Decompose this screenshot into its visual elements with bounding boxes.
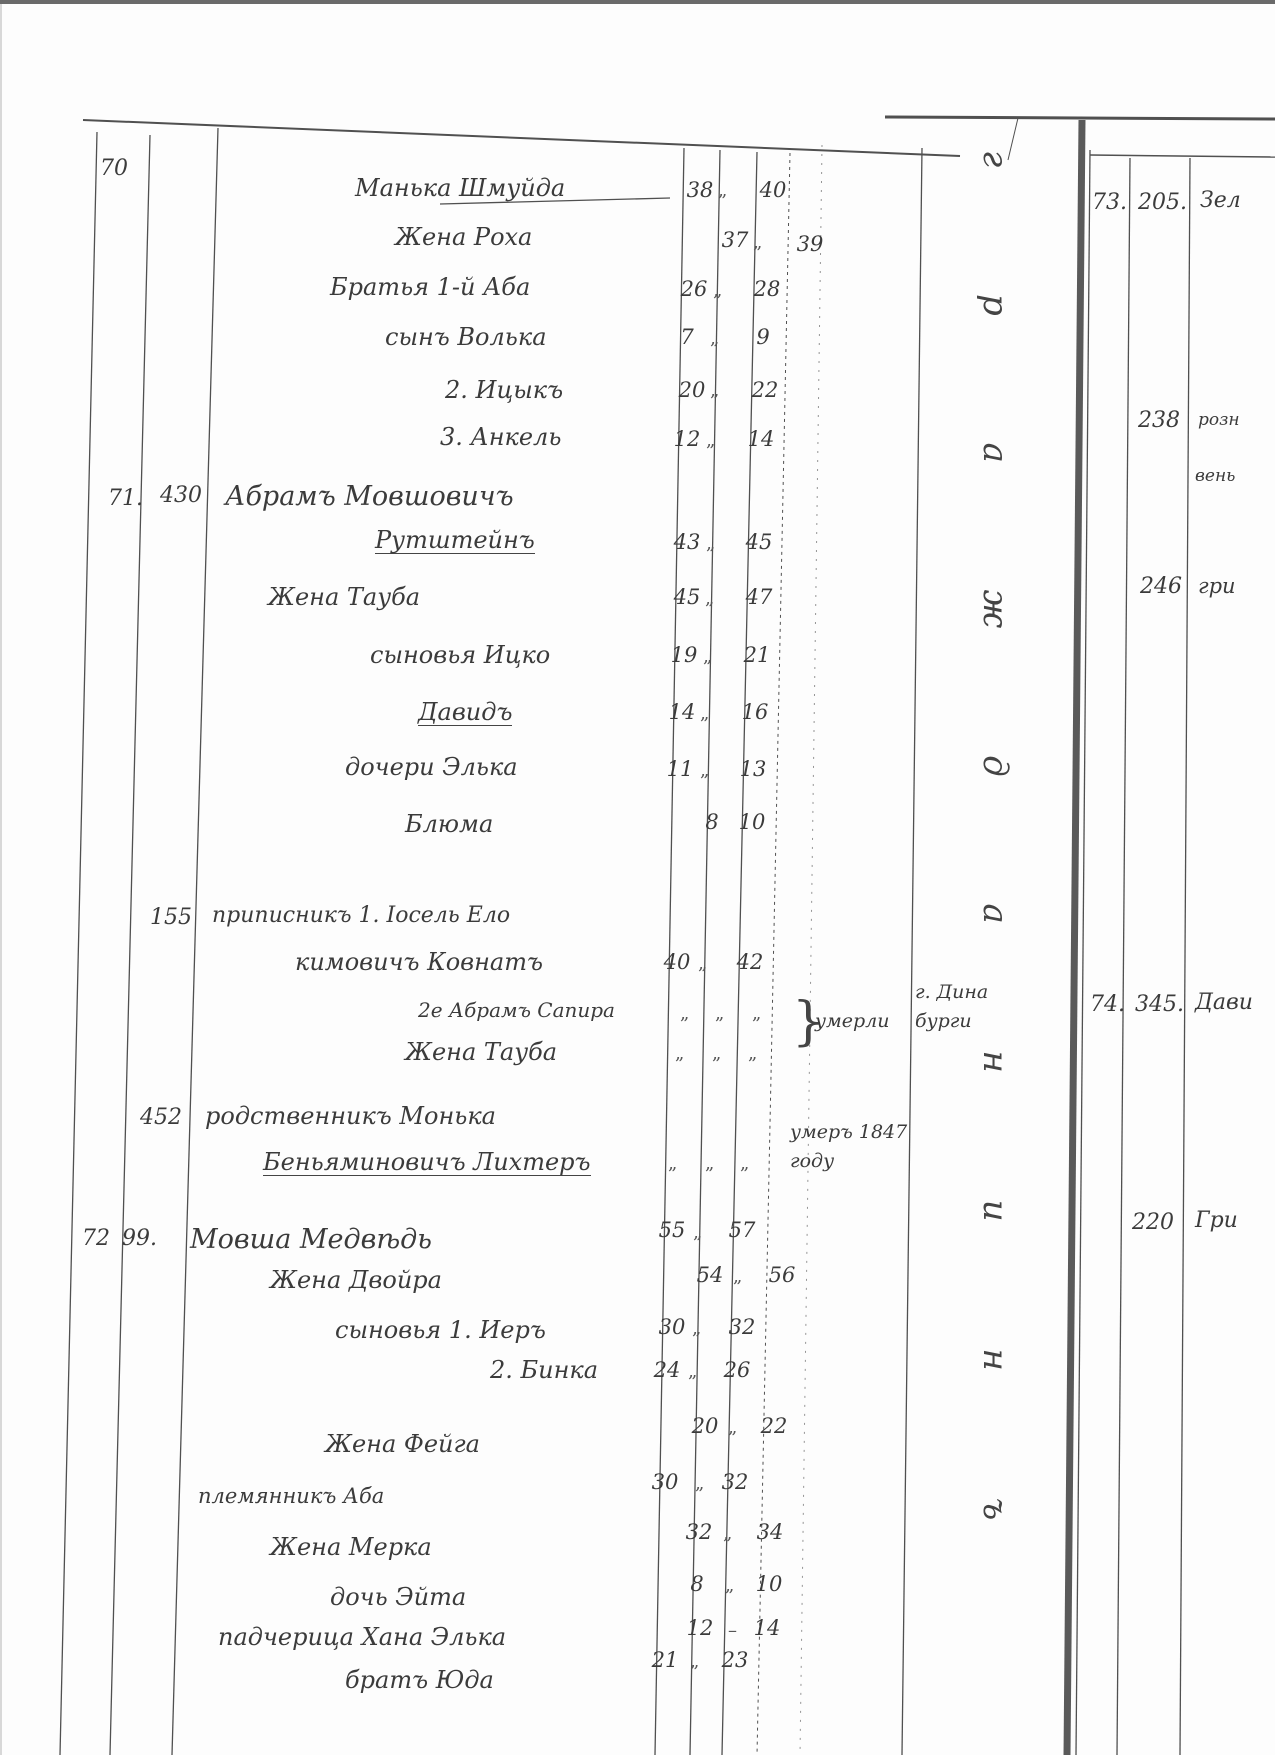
ditto-mark: „ — [753, 232, 762, 253]
ditto-mark: „ — [680, 1003, 689, 1024]
ledger-rules — [0, 0, 1275, 1755]
entry-text: розн — [1198, 412, 1240, 429]
age-now: 32 — [718, 1470, 752, 1494]
member-surname: Рутштейнъ — [375, 528, 535, 554]
age-prev: 12 — [670, 427, 704, 451]
member-name: Абрамъ Мовшовичъ — [225, 483, 514, 510]
age-now: 56 — [765, 1263, 799, 1287]
ditto-mark: „ — [723, 1523, 732, 1544]
age-prev: 8 — [680, 1572, 714, 1596]
ditto-mark: „ — [706, 533, 715, 554]
age-prev: 20 — [688, 1414, 722, 1438]
age-prev: 8 — [695, 810, 729, 834]
remark-died: умеръ 1847 году — [790, 1118, 910, 1175]
ditto-mark: „ — [700, 703, 709, 724]
age-now: 10 — [735, 810, 769, 834]
age-now: 26 — [720, 1358, 754, 1382]
member-name: 2. Ицыкъ — [445, 378, 563, 402]
member-name: племянникъ Аба — [198, 1486, 384, 1507]
ditto-mark: „ — [710, 380, 719, 401]
member-surname: кимовичъ Ковнатъ — [295, 948, 543, 976]
age-prev: 24 — [650, 1358, 684, 1382]
ditto-mark: „ — [715, 1003, 724, 1024]
ditto-mark: „ — [705, 1153, 714, 1174]
member-name: 2. Бинка — [490, 1358, 598, 1382]
ditto-mark: „ — [718, 180, 727, 201]
ditto-mark: „ — [733, 1266, 742, 1287]
entry-number: 205. — [1138, 192, 1187, 214]
entry-text: Гри — [1195, 1210, 1238, 1232]
ditto-mark: „ — [703, 646, 712, 667]
entry-text: Зел — [1200, 190, 1241, 212]
age-now: 10 — [752, 1572, 786, 1596]
member-name: Жена Мерка — [270, 1535, 432, 1559]
ditto-mark: „ — [706, 430, 715, 451]
entry-number: 238 — [1138, 410, 1180, 432]
age-prev: 55 — [655, 1218, 689, 1242]
family-number: 73. — [1092, 192, 1127, 214]
age-now: 42 — [733, 950, 767, 974]
member-name: Жена Роха — [395, 225, 532, 249]
previous-number: 99. — [122, 1228, 157, 1250]
ditto-mark: „ — [725, 1575, 734, 1596]
ditto-mark: „ — [690, 1651, 699, 1672]
ditto-mark: „ — [693, 1222, 702, 1243]
age-prev: 30 — [655, 1315, 689, 1339]
age-now: 9 — [746, 325, 780, 349]
member-name: 3. Анкель — [440, 425, 561, 449]
member-name: родственникъ Монька — [205, 1104, 496, 1128]
ditto-mark: „ — [712, 1043, 721, 1064]
vertical-annotation: г р а ж д а н и н ъ — [975, 150, 1015, 1650]
age-prev: 32 — [682, 1520, 716, 1544]
ditto-mark: „ — [675, 1043, 684, 1064]
remark-died: умерли — [815, 1012, 890, 1031]
member-name: падчерица Хана Элька — [218, 1625, 506, 1649]
member-name: Мовша Медвѣдь — [190, 1226, 432, 1253]
age-prev: 37 — [718, 228, 752, 252]
ditto-mark: „ — [705, 588, 714, 609]
member-name: Жена Фейга — [325, 1432, 480, 1456]
ditto-mark: „ — [713, 280, 722, 301]
age-now: 28 — [750, 277, 784, 301]
member-name: сыновья Ицко — [370, 643, 550, 667]
age-now: 32 — [725, 1315, 759, 1339]
family-number: 71. — [108, 488, 143, 510]
member-name: Давидъ — [418, 700, 512, 726]
age-now: 47 — [742, 585, 776, 609]
entry-number: 345. — [1135, 994, 1184, 1016]
age-now: 23 — [718, 1648, 752, 1672]
member-name: Жена Двойра — [270, 1268, 442, 1292]
age-prev: 38 — [683, 178, 717, 202]
age-prev: 45 — [670, 585, 704, 609]
ditto-mark: „ — [692, 1318, 701, 1339]
family-number: 74. — [1090, 994, 1125, 1016]
member-name: дочери Элька — [345, 755, 518, 779]
previous-number: 430 — [160, 485, 202, 507]
entry-text: гри — [1198, 576, 1236, 597]
member-name: сынъ Волька — [385, 325, 547, 349]
age-prev: 26 — [677, 277, 711, 301]
member-name: Братья 1-й Аба — [330, 275, 530, 299]
ditto-mark: „ — [752, 1003, 761, 1024]
age-prev: 12 — [683, 1616, 717, 1640]
member-name-cont: Беньяминовичъ Лихтеръ — [263, 1150, 591, 1176]
age-now: 34 — [753, 1520, 787, 1544]
member-name: Жена Тауба — [268, 585, 420, 609]
age-now: 45 — [742, 530, 776, 554]
entry-text-cont: вень — [1195, 468, 1235, 485]
member-name: дочь Эйта — [330, 1585, 466, 1609]
ditto-mark: „ — [700, 760, 709, 781]
ditto-mark: „ — [668, 1153, 677, 1174]
entry-number: 246 — [1140, 576, 1182, 598]
age-now: 39 — [793, 232, 827, 256]
ditto-mark: „ — [688, 1361, 697, 1382]
remark-extra: г. Дина бурги — [915, 978, 1035, 1035]
age-prev: 21 — [648, 1648, 682, 1672]
age-prev: 43 — [670, 530, 704, 554]
age-prev: 40 — [660, 950, 694, 974]
member-name: приписникъ 1. Іосель Ело — [212, 905, 510, 927]
age-now: 21 — [740, 643, 774, 667]
entry-number: 220 — [1132, 1212, 1174, 1234]
dash-mark: – — [728, 1620, 737, 1641]
age-prev: 14 — [665, 700, 699, 724]
ditto-mark: „ — [728, 1417, 737, 1438]
age-prev: 19 — [667, 643, 701, 667]
member-name: Манька Шмуйда — [355, 176, 565, 200]
age-now: 14 — [744, 427, 778, 451]
age-prev: 11 — [663, 757, 697, 781]
age-now: 22 — [757, 1414, 791, 1438]
age-now: 57 — [725, 1218, 759, 1242]
ditto-mark: „ — [695, 1473, 704, 1494]
previous-number: 452 — [140, 1107, 182, 1129]
member-name: Жена Тауба — [405, 1040, 557, 1064]
age-prev: 7 — [670, 325, 704, 349]
member-name: сыновья 1. Иеръ — [335, 1318, 546, 1342]
age-now: 16 — [738, 700, 772, 724]
member-name-cont: кимовичъ Ковнатъ — [295, 950, 543, 974]
entry-text: Дави — [1195, 992, 1253, 1014]
age-now: 40 — [756, 178, 790, 202]
previous-number: 155 — [150, 907, 192, 929]
family-number: 72 — [82, 1228, 110, 1250]
age-prev: 30 — [648, 1470, 682, 1494]
age-prev: 54 — [693, 1263, 727, 1287]
age-now: 13 — [736, 757, 770, 781]
ditto-mark: „ — [740, 1153, 749, 1174]
member-name: братъ Юда — [345, 1668, 494, 1692]
age-prev: 20 — [675, 378, 709, 402]
age-now: 22 — [748, 378, 782, 402]
ditto-mark: „ — [748, 1043, 757, 1064]
ditto-mark: „ — [698, 953, 707, 974]
age-now: 14 — [750, 1616, 784, 1640]
family-number: 70 — [100, 158, 128, 180]
ditto-mark: „ — [710, 328, 719, 349]
member-name: 2е Абрамъ Сапира — [418, 1000, 615, 1020]
member-name: Блюма — [405, 812, 493, 836]
